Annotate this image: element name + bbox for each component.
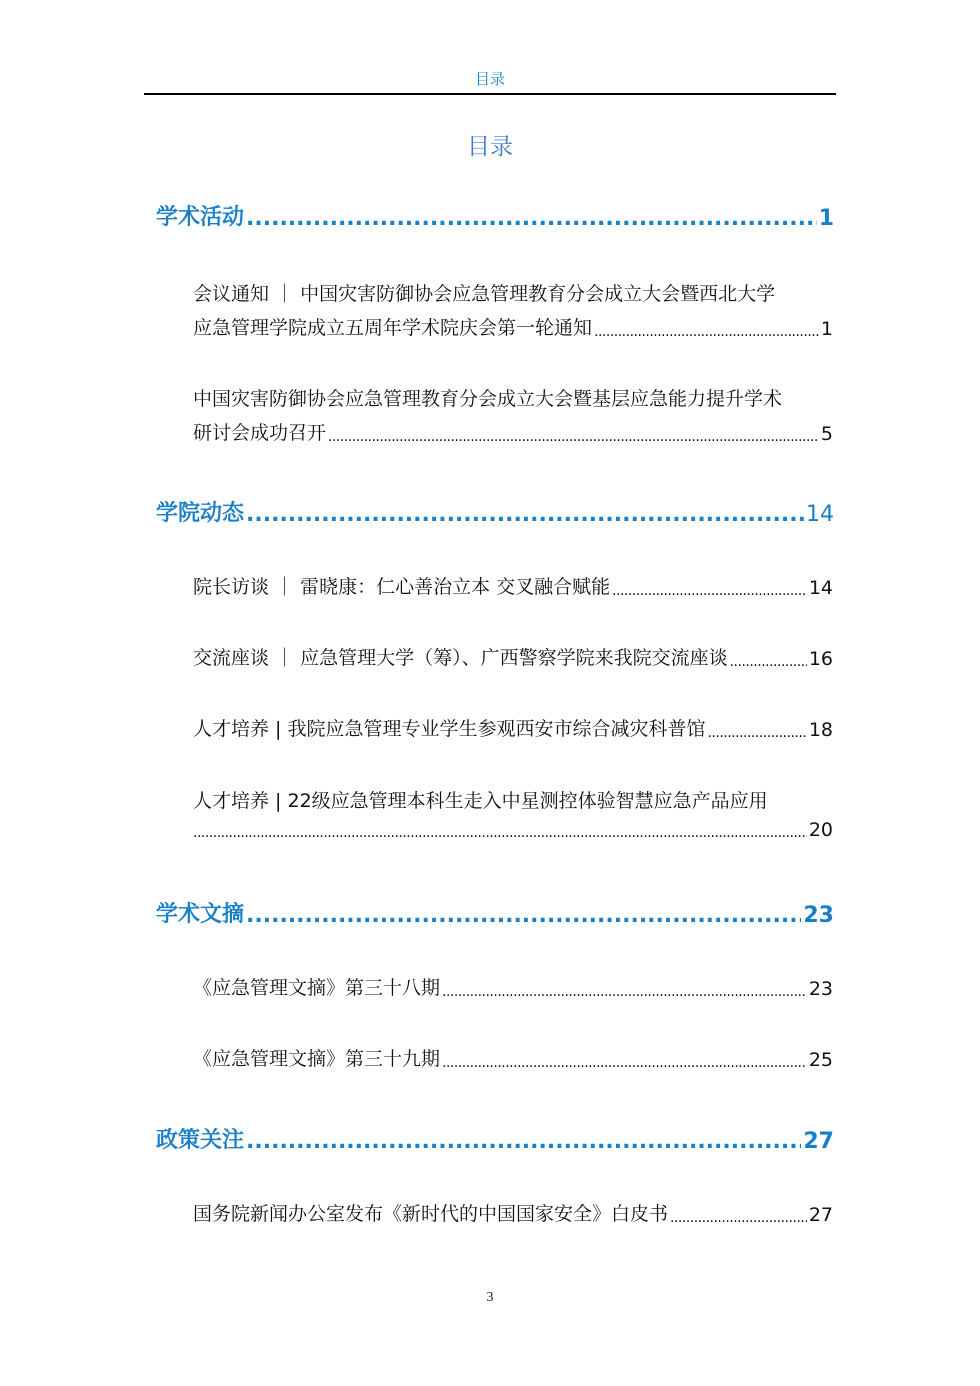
entry-label: 《应急管理文摘》第三十九期 [193,1044,440,1071]
toc-entry[interactable]: 国务院新闻办公室发布《新时代的中国国家安全》白皮书 27 [193,1199,833,1226]
entry-label: 国务院新闻办公室发布《新时代的中国国家安全》白皮书 [193,1199,668,1226]
page-number-footer: 3 [0,1290,980,1306]
leader-dots [246,206,817,231]
header-rule [144,93,836,95]
toc-entry[interactable]: 人才培养 | 我院应急管理专业学生参观西安市综合减灾科普馆 18 [193,714,833,741]
page-number: 5 [821,423,833,445]
leader-dots [707,725,806,741]
page-number: 27 [803,1129,834,1154]
page-number: 18 [809,719,833,741]
toc-entry-line1[interactable]: 中国灾害防御协会应急管理教育分会成立大会暨基层应急能力提升学术 [193,384,833,411]
page-number: 16 [809,648,833,670]
page-number: 1 [819,206,834,231]
toc-entry[interactable]: 20 [193,819,833,841]
page-number: 14 [806,502,834,527]
entry-label: 人才培养 | 我院应急管理专业学生参观西安市综合减灾科普馆 [193,714,705,741]
toc-section-college-news[interactable]: 学院动态 14 [156,496,834,527]
leader-dots [246,502,804,527]
entry-label: 应急管理学院成立五周年学术院庆会第一轮通知 [193,313,592,340]
toc-entry[interactable]: 研讨会成功召开 5 [193,418,833,445]
entry-label: 《应急管理文摘》第三十八期 [193,973,440,1000]
toc-entry[interactable]: 《应急管理文摘》第三十八期 23 [193,973,833,1000]
toc-entry-line1[interactable]: 会议通知 ｜ 中国灾害防御协会应急管理教育分会成立大会暨西北大学 [193,279,833,306]
toc-entry[interactable]: 交流座谈 ｜ 应急管理大学（筹）、广西警察学院来我院交流座谈 16 [193,643,833,670]
leader-dots [594,324,819,340]
toc-title: 目录 [0,128,980,161]
page-number: 20 [809,819,833,841]
toc-section-academic-activities[interactable]: 学术活动 1 [156,200,834,231]
leader-dots [670,1210,807,1226]
entry-label: 研讨会成功召开 [193,418,326,445]
running-header: 目录 [0,68,980,89]
page-number: 25 [809,1049,833,1071]
toc-entry[interactable]: 应急管理学院成立五周年学术院庆会第一轮通知 1 [193,313,833,340]
section-label: 学院动态 [156,496,244,527]
toc-section-policy-focus[interactable]: 政策关注 27 [156,1123,834,1154]
page-number: 1 [821,318,833,340]
section-label: 学术文摘 [156,897,244,928]
toc-entry[interactable]: 《应急管理文摘》第三十九期 25 [193,1044,833,1071]
leader-dots [442,984,807,1000]
page-number: 27 [809,1204,833,1226]
leader-dots [328,429,819,445]
entry-label: 交流座谈 ｜ 应急管理大学（筹）、广西警察学院来我院交流座谈 [193,643,728,670]
leader-dots [730,654,807,670]
toc-entry[interactable]: 院长访谈 ｜ 雷晓康：仁心善治立本 交叉融合赋能 14 [193,572,833,599]
page-number: 23 [809,978,833,1000]
page-number: 23 [803,903,834,928]
leader-dots [193,825,807,841]
leader-dots [612,583,807,599]
toc-section-academic-digest[interactable]: 学术文摘 23 [156,897,834,928]
toc-entry-line1[interactable]: 人才培养 | 22级应急管理本科生走入中星测控体验智慧应急产品应用 [193,786,833,813]
leader-dots [246,1129,801,1154]
page-number: 14 [809,577,833,599]
leader-dots [246,903,801,928]
entry-label: 院长访谈 ｜ 雷晓康：仁心善治立本 交叉融合赋能 [193,572,610,599]
leader-dots [442,1055,807,1071]
section-label: 学术活动 [156,200,244,231]
section-label: 政策关注 [156,1123,244,1154]
